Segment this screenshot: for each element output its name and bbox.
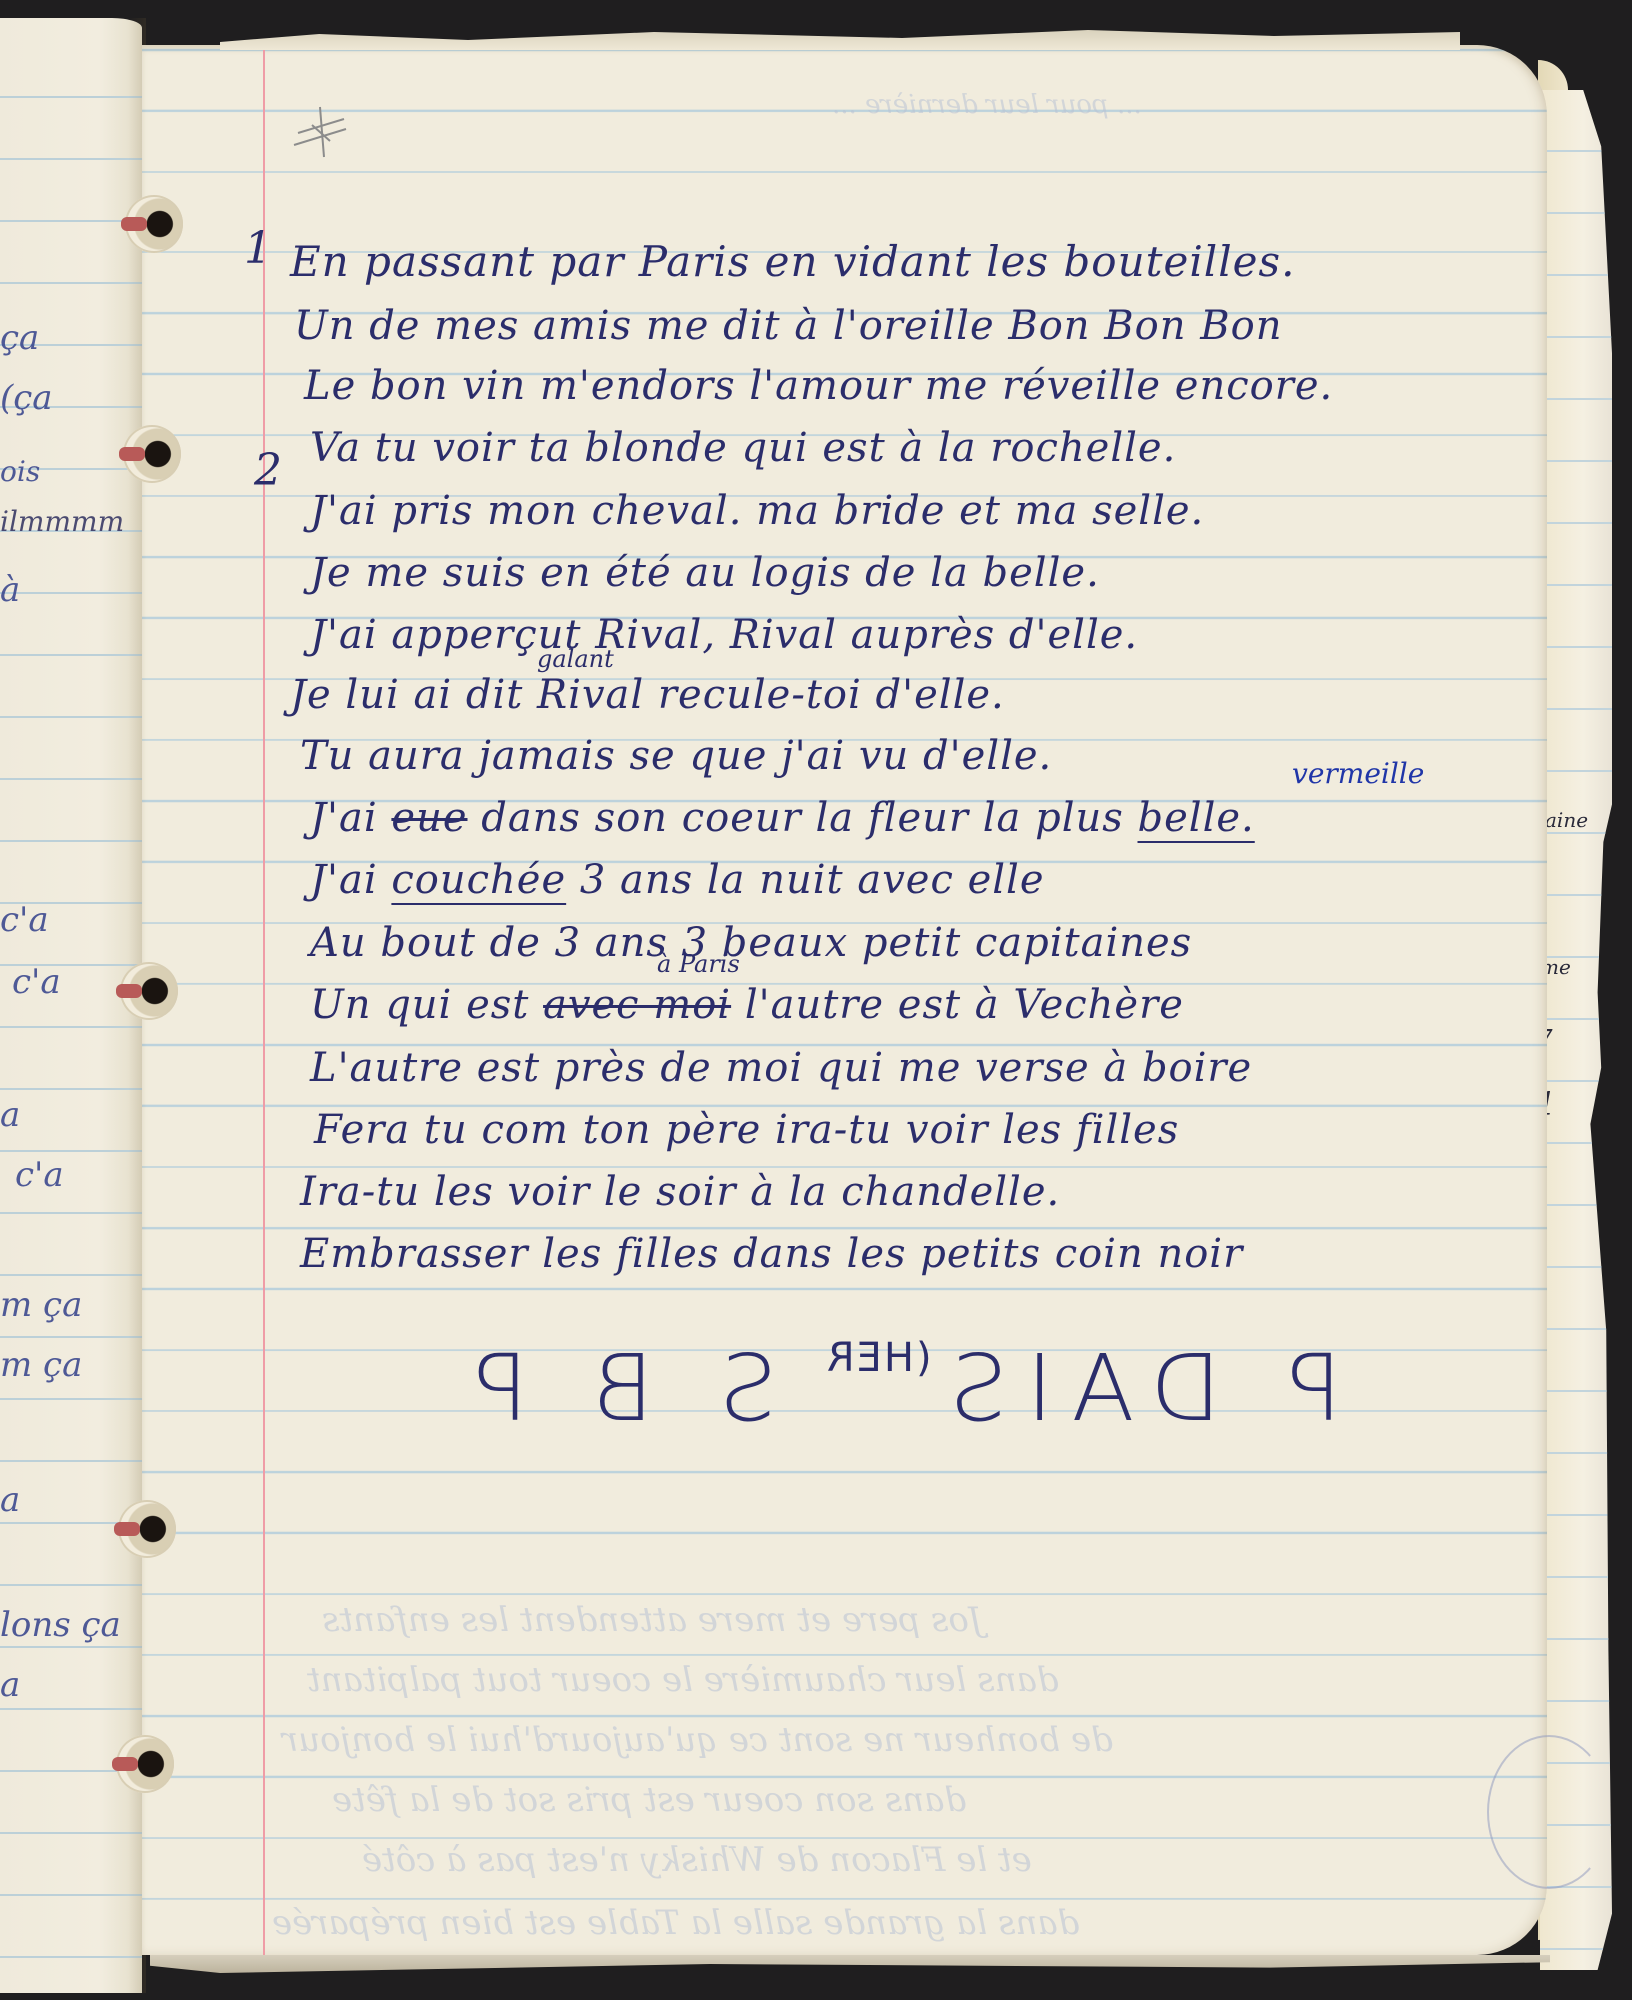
left-page-fragment: ça <box>0 318 39 358</box>
lyric-line: Un de mes amis me dit à l'oreille Bon Bo… <box>294 303 1282 349</box>
lyric-line: Va tu voir ta blonde qui est à la rochel… <box>310 425 1176 471</box>
verse-number: 1 <box>244 223 272 274</box>
left-page-fragment: ois <box>0 455 40 488</box>
lyric-line: Ira-tu les voir le soir à la chandelle. <box>300 1169 1060 1215</box>
mirrored-superscript: (HER <box>825 1335 932 1381</box>
binder-hole <box>116 1735 174 1793</box>
lyric-line: Le bon vin m'endors l'amour me réveille … <box>304 363 1333 409</box>
left-page-fragment: ilmmmm <box>0 505 124 538</box>
bleed-through-text: ... pour leur dernière ... <box>832 90 1142 120</box>
binder-hole <box>123 425 181 483</box>
underlined-word: couchée <box>391 857 566 903</box>
left-page-fragment: c'a <box>0 900 49 940</box>
lyric-line-with-insert: Je lui ai dit Rival recule-toi d'elle. <box>290 672 1005 718</box>
inserted-word: à Paris <box>657 950 740 978</box>
bleed-through-text: de bonheur ne sont ce qu'aujourd'hui le … <box>282 1720 1113 1760</box>
inserted-word: galant <box>537 645 614 673</box>
lyric-line: Embrasser les filles dans les petits coi… <box>300 1231 1243 1277</box>
bleed-through-text: dans la grande salle la Table est bien p… <box>272 1903 1079 1943</box>
bleed-through-text: dans son coeur est pris sot de la fête <box>332 1780 966 1820</box>
left-page-fragment: a <box>0 1665 20 1705</box>
left-page-fragment: c'a <box>15 1155 64 1195</box>
binder-hole <box>125 195 183 253</box>
bleed-through-text: Jos pere et mere attendent les enfants <box>322 1600 983 1640</box>
left-facing-page <box>0 18 142 1993</box>
left-page-fragment: a <box>0 1095 20 1135</box>
left-page-fragment: c'a <box>12 962 61 1002</box>
notebook-page: ... pour leur dernière ... Jos pere et m… <box>142 45 1547 1955</box>
bleed-through-text: et le Flacon de Whisky n'est pas à côté <box>362 1840 1032 1880</box>
left-page-fragment: a <box>0 1480 20 1520</box>
lyric-line-with-correction: Un qui est avec moi l'autre est à Vechèr… <box>310 982 1184 1028</box>
lyric-line-with-underline: J'ai couchée 3 ans la nuit avec elle <box>310 857 1045 903</box>
lyric-line: Tu aura jamais se que j'ai vu d'elle. <box>300 733 1052 779</box>
left-page-fragment: lons ça <box>0 1605 121 1645</box>
asterisk-icon <box>290 105 350 165</box>
binder-hole <box>120 962 178 1020</box>
left-page-fragment: (ça <box>0 378 53 418</box>
lyric-line: Au bout de 3 ans 3 beaux petit capitaine… <box>310 920 1192 966</box>
binder-hole <box>118 1500 176 1558</box>
scanned-notebook: ça (ça ois ilmmmm à c'a c'a a c'a m ça m… <box>0 0 1632 2000</box>
lyric-line: J'ai apperçut Rival, Rival auprès d'elle… <box>310 612 1138 658</box>
mirrored-letters: P DAIS <box>932 1335 1342 1442</box>
left-page-fragment: à <box>0 570 20 610</box>
lyric-line: J'ai pris mon cheval. ma bride et ma sel… <box>310 488 1204 534</box>
mirrored-signature: P DAIS(HER S B P <box>455 1335 1342 1442</box>
struck-phrase: avec moi <box>543 982 731 1028</box>
lyric-line: Je me suis en été au logis de la belle. <box>310 550 1100 596</box>
struck-word: eue <box>391 795 467 841</box>
margin-line <box>263 45 265 1955</box>
torn-page-edge <box>220 30 1460 50</box>
inserted-word: vermeille <box>1292 757 1424 790</box>
underlined-word: belle. <box>1138 795 1255 841</box>
left-page-fragment: m ça <box>0 1345 82 1385</box>
lyric-line: En passant par Paris en vidant les boute… <box>290 237 1295 286</box>
lyric-line-with-correction: J'ai eue dans son coeur la fleur la plus… <box>310 795 1255 841</box>
lyric-line: Fera tu com ton père ira-tu voir les fil… <box>314 1107 1179 1153</box>
left-page-fragment: m ça <box>0 1285 82 1325</box>
bleed-through-text: dans leur chaumière le coeur tout palpit… <box>307 1660 1059 1700</box>
back-page-fragment: aine <box>1545 808 1588 832</box>
pencil-circle-mark <box>1487 1735 1611 1889</box>
lyric-line: L'autre est près de moi qui me verse à b… <box>310 1045 1252 1091</box>
verse-number: 2 <box>254 445 282 496</box>
page-bottom-edge <box>150 1955 1550 1973</box>
